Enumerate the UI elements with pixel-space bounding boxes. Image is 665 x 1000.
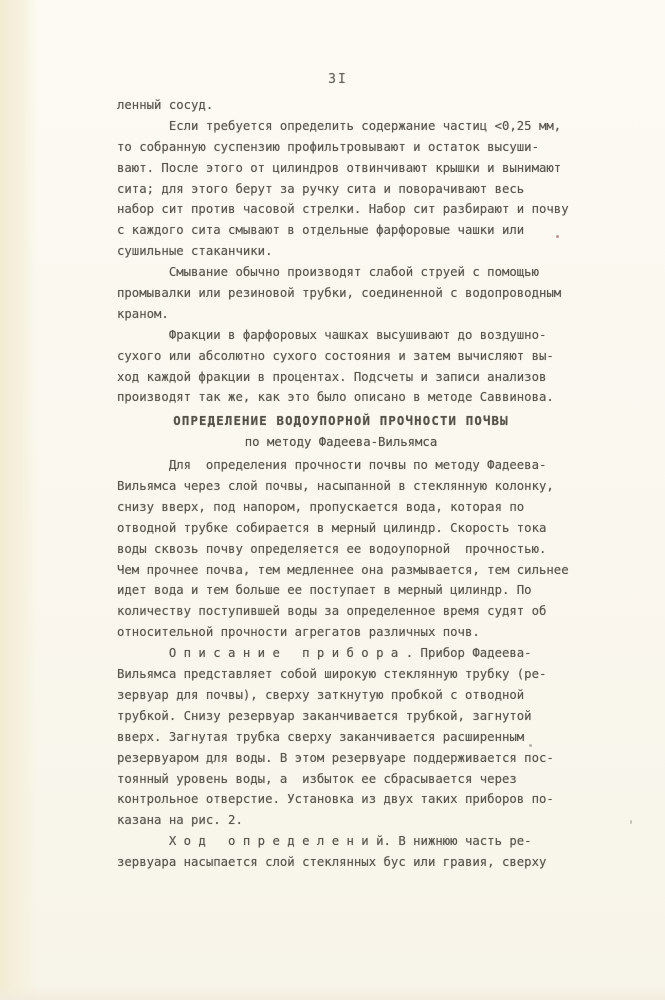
text-line: Вильямса представляет собой широкую стек… <box>117 664 565 685</box>
text-line: Смывание обычно производят слабой струей… <box>117 262 565 283</box>
text-line: набор сит против часовой стрелки. Набор … <box>117 199 565 220</box>
text-line: с каждого сита смывают в отдельные фарфо… <box>117 220 565 241</box>
text-line: краном. <box>117 304 565 325</box>
text-line: О п и с а н и е п р и б о р а . Прибор Ф… <box>117 643 565 664</box>
paragraph: Если требуется определить содержание час… <box>117 116 565 262</box>
paragraph: О п и с а н и е п р и б о р а . Прибор Ф… <box>117 643 565 831</box>
scan-speck <box>630 820 632 824</box>
text-line: относительной прочности агрегатов различ… <box>117 622 565 643</box>
text-line: Для определения прочности почвы по метод… <box>117 455 565 476</box>
scan-edge-bottom <box>0 986 665 1000</box>
text-line: ленный сосуд. <box>117 95 565 116</box>
text-line: контрольное отверстие. Установка из двух… <box>117 789 565 810</box>
text-line: снизу вверх, под напором, пропускается в… <box>117 497 565 518</box>
scanned-document-page: 3I ленный сосуд. Если требуется определи… <box>0 0 665 1000</box>
text-line: сушильные стаканчики. <box>117 241 565 262</box>
text-line: ход каждой фракции в процентах. Подсчеты… <box>117 367 565 388</box>
text-line: промывалки или резиновой трубки, соедине… <box>117 283 565 304</box>
text-line: отводной трубке собирается в мерный цили… <box>117 518 565 539</box>
text-line: трубкой. Снизу резервуар заканчивается т… <box>117 706 565 727</box>
text-line: зервуар для почвы), сверху заткнутую про… <box>117 685 565 706</box>
section-heading: ОПРЕДЕЛЕНИЕ ВОДОУПОРНОЙ ПРОЧНОСТИ ПОЧВЫп… <box>117 411 565 453</box>
paragraph: Х о д о п р е д е л е н и й. В нижнюю ча… <box>117 831 565 873</box>
page-number: 3I <box>117 72 559 87</box>
paragraph: ленный сосуд. <box>117 95 565 116</box>
text-line: тоянный уровень воды, а избыток ее сбрас… <box>117 769 565 790</box>
paragraph: Смывание обычно производят слабой струей… <box>117 262 565 325</box>
text-line: Вильямса через слой почвы, насыпанной в … <box>117 476 565 497</box>
text-line: воды сквозь почву определяется ее водоуп… <box>117 539 565 560</box>
text-line: количеству поступившей воды за определен… <box>117 601 565 622</box>
text-line: вверх. Загнутая трубка сверху заканчивае… <box>117 727 565 748</box>
text-line: казана на рис. 2. <box>117 810 565 831</box>
text-line: зервуара насыпается слой стеклянных бус … <box>117 852 565 873</box>
text-line: сухого или абсолютно сухого состояния и … <box>117 346 565 367</box>
text-line: по методу Фадеева-Вильямса <box>117 432 565 453</box>
text-line: то собранную суспензию профильтровывают … <box>117 137 565 158</box>
text-line: идет вода и тем больше ее поступает в ме… <box>117 580 565 601</box>
scan-edge-left <box>0 0 38 1000</box>
text-line: Фракции в фарфоровых чашках высушивают д… <box>117 325 565 346</box>
page-text: ленный сосуд. Если требуется определить … <box>117 95 565 873</box>
text-line: вают. После этого от цилиндров отвинчива… <box>117 158 565 179</box>
text-line: Х о д о п р е д е л е н и й. В нижнюю ча… <box>117 831 565 852</box>
text-line: ОПРЕДЕЛЕНИЕ ВОДОУПОРНОЙ ПРОЧНОСТИ ПОЧВЫ <box>117 411 565 432</box>
paragraph: Для определения прочности почвы по метод… <box>117 455 565 643</box>
text-line: резервуаром для воды. В этом резервуаре … <box>117 748 565 769</box>
text-line: сита; для этого берут за ручку сита и по… <box>117 179 565 200</box>
text-line: производят так же, как это было описано … <box>117 387 565 408</box>
text-line: Если требуется определить содержание час… <box>117 116 565 137</box>
paragraph: Фракции в фарфоровых чашках высушивают д… <box>117 325 565 409</box>
text-line: Чем прочнее почва, тем медленнее она раз… <box>117 560 565 581</box>
